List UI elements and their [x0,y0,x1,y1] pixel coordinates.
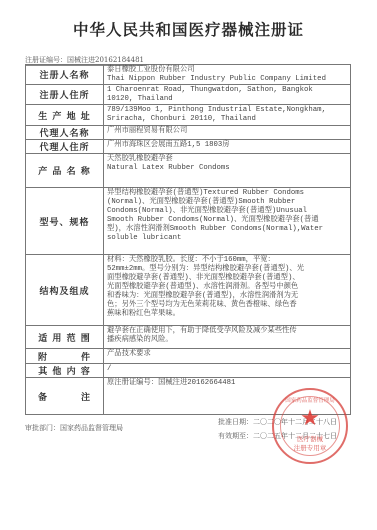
table-row: 其 他 内 容 / [26,364,351,378]
row-label: 附 件 [26,349,104,364]
table-row: 产 品 名 称 天然胶乳橡胶避孕套Natural Latex Rubber Co… [26,154,351,188]
row-label: 生 产 地 址 [26,105,104,126]
star-icon: ★ [274,408,346,430]
table-row: 结构及组成 材料：天然橡胶乳胶。长度：不小于160mm，平宽：52mm±2mm。… [26,255,351,326]
table-row: 适 用 范 围 避孕套在正确使用下，有助于降低受孕风险及减少某些性传播疾病感染的… [26,326,351,349]
registration-number-value: 国械注进20162184481 [67,56,144,64]
row-value: 广州市丽程贸易有限公司 [104,126,351,140]
row-label: 结构及组成 [26,255,104,326]
table-row: 附 件 产品技术要求 [26,349,351,364]
row-value: / [104,364,351,378]
row-label: 产 品 名 称 [26,154,104,188]
table-row: 注册人名称 泰日橡胶工业股份有限公司Thai Nippon Rubber Ind… [26,65,351,85]
row-label: 注册人住所 [26,85,104,105]
row-value: 避孕套在正确使用下，有助于降低受孕风险及减少某些性传播疾病感染的风险。 [104,326,351,349]
table-row: 代理人住所 广州市海珠区会展南五路1,5 1803房 [26,140,351,154]
table-row: 注册人住所 1 Charoenrat Road, Thungwatdon, Sa… [26,85,351,105]
certificate-table: 注册人名称 泰日橡胶工业股份有限公司Thai Nippon Rubber Ind… [25,64,351,415]
table-row: 型号、规格 异型结构橡胶避孕套(普通型)Textured Rubber Cond… [26,188,351,255]
row-value: 材料：天然橡胶乳胶。长度：不小于160mm，平宽：52mm±2mm。型号分别为：… [104,255,351,326]
row-value: 广州市海珠区会展南五路1,5 1803房 [104,140,351,154]
approval-department: 审批部门：国家药品监督管理局 [25,423,123,433]
row-value: 产品技术要求 [104,349,351,364]
table-row: 代理人名称 广州市丽程贸易有限公司 [26,126,351,140]
row-label: 备 注 [26,378,104,415]
row-value: 1 Charoenrat Road, Thungwatdon, Sathon, … [104,85,351,105]
table-row: 生 产 地 址 789/139Moo 1, Pinthong Industria… [26,105,351,126]
row-value: 异型结构橡胶避孕套(普通型)Textured Rubber Condoms(No… [104,188,351,255]
row-label: 代理人名称 [26,126,104,140]
row-value: 天然胶乳橡胶避孕套Natural Latex Rubber Condoms [104,154,351,188]
row-label: 注册人名称 [26,65,104,85]
seal-line-2: 注册专用章 [274,443,346,452]
official-seal: 国家药品监督管理局 ★ 医疗器械 注册专用章 [272,388,348,464]
row-label: 适 用 范 围 [26,326,104,349]
row-label: 型号、规格 [26,188,104,255]
registration-number-label: 注册证编号： [25,56,67,64]
row-label: 代理人住所 [26,140,104,154]
seal-line-1: 医疗器械 [274,434,346,443]
seal-arc-text: 国家药品监督管理局 [274,396,346,404]
row-label: 其 他 内 容 [26,364,104,378]
certificate-title: 中华人民共和国医疗器械注册证 [0,18,377,40]
row-value: 泰日橡胶工业股份有限公司Thai Nippon Rubber Industry … [104,65,351,85]
row-value: 789/139Moo 1, Pinthong Industrial Estate… [104,105,351,126]
